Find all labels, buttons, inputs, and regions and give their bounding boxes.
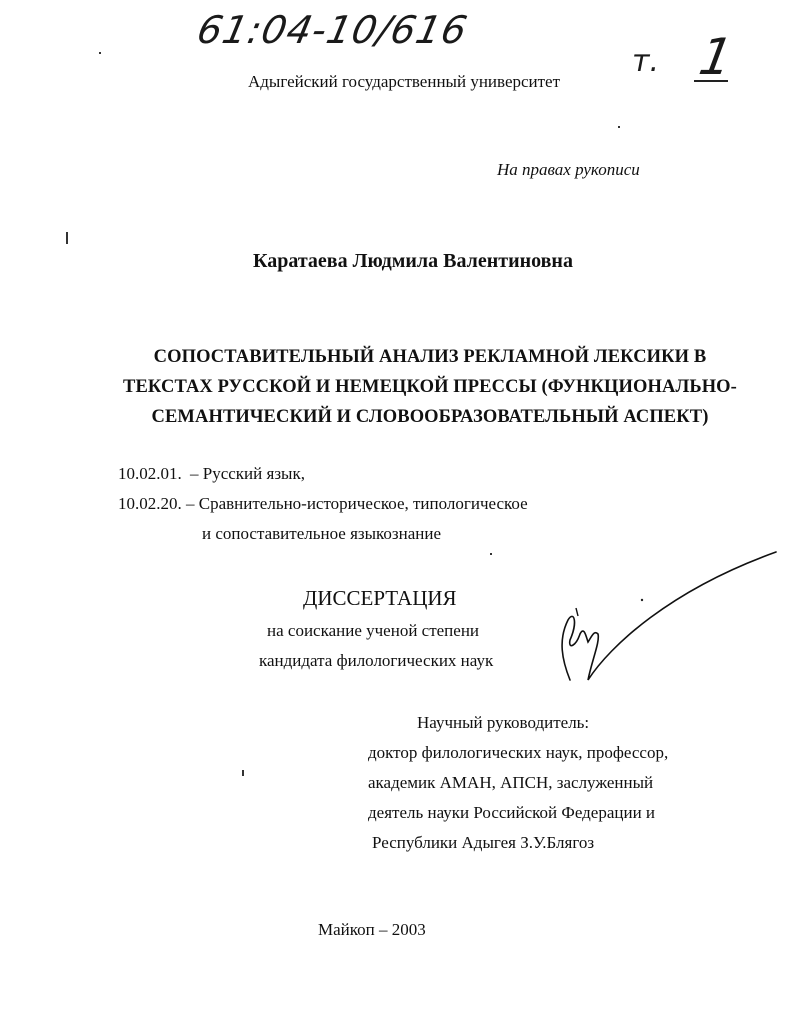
specialty-1: 10.02.01. – Русский язык, [118,464,305,484]
dissertation-title: СОПОСТАВИТЕЛЬНЫЙ АНАЛИЗ РЕКЛАМНОЙ ЛЕКСИК… [100,342,760,432]
supervisor-line-3: деятель науки Российской Федерации и [368,803,655,823]
title-line-3: СЕМАНТИЧЕСКИЙ И СЛОВООБРАЗОВАТЕЛЬНЫЙ АСП… [100,402,760,432]
degree-line-1: на соискание ученой степени [267,621,479,641]
scan-speck [490,553,492,555]
institution-name: Адыгейский государственный университет [248,72,560,92]
title-line-2: ТЕКСТАХ РУССКОЙ И НЕМЕЦКОЙ ПРЕССЫ (ФУНКЦ… [100,372,760,402]
title-line-1: СОПОСТАВИТЕЛЬНЫЙ АНАЛИЗ РЕКЛАМНОЙ ЛЕКСИК… [100,342,760,372]
supervisor-line-2: академик АМАН, АПСН, заслуженный [368,773,653,793]
degree-line-2: кандидата филологических наук [259,651,493,671]
place-year: Майкоп – 2003 [318,920,426,940]
handwritten-volume-number: 1 [695,28,737,86]
supervisor-line-4: Республики Адыгея З.У.Блягоз [372,833,594,853]
scan-speck [242,770,244,776]
specialty-text: – Сравнительно-историческое, типологичес… [186,494,528,513]
supervisor-line-1: доктор филологических наук, профессор, [368,743,668,763]
signature-icon [540,550,780,690]
rights-note: На правах рукописи [497,160,640,180]
supervisor-label: Научный руководитель: [417,713,589,733]
degree-heading: ДИССЕРТАЦИЯ [303,586,457,611]
specialty-code: 10.02.20. [118,494,182,513]
scan-speck [99,52,101,54]
scan-speck [618,126,620,128]
handwritten-archive-number: 61:04-10/616 [193,8,471,52]
specialty-2: 10.02.20. – Сравнительно-историческое, т… [118,494,528,514]
specialty-text: – Русский язык, [190,464,305,483]
specialty-2-continuation: и сопоставительное языкознание [202,524,441,544]
volume-underline [694,80,728,82]
handwritten-volume-prefix: т. [632,44,659,79]
author-name: Каратаева Людмила Валентиновна [253,250,573,273]
specialty-code: 10.02.01. [118,464,182,483]
scan-speck [66,232,68,244]
